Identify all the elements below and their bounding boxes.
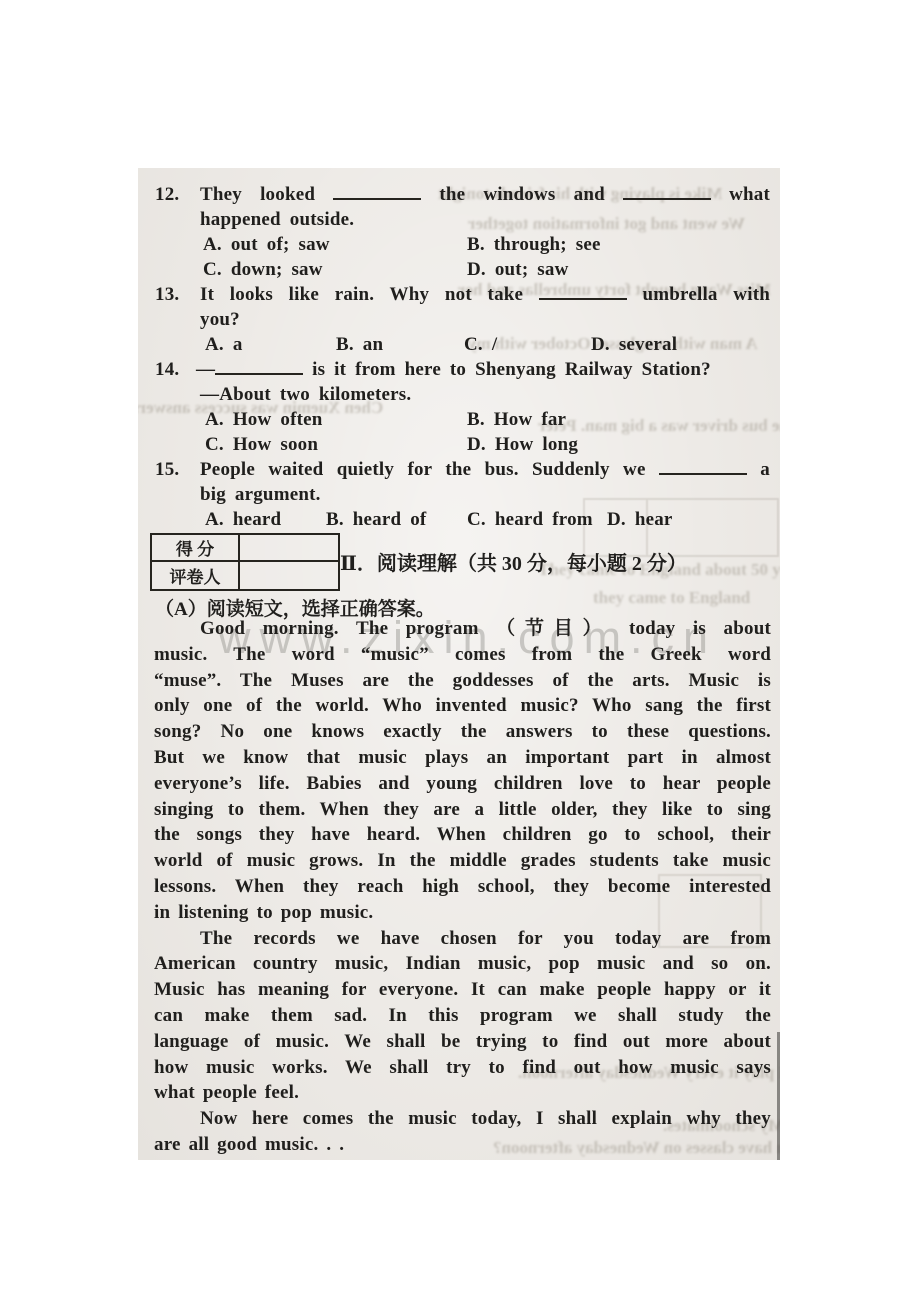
passage-line: Good morning. The program （节目） today is … xyxy=(154,616,771,641)
question-15-option-c: C. heard from xyxy=(467,507,593,532)
question-13-option-c: C. / xyxy=(464,332,497,357)
question-15-line-2: big argument. xyxy=(200,482,321,507)
question-14-option-b: B. How far xyxy=(467,407,566,432)
passage-line: “muse”. The Muses are the goddesses of t… xyxy=(154,668,771,693)
question-12-option-b: B. through; see xyxy=(467,232,601,257)
section-heading: Ⅱ．阅读理解（共 30 分，每小题 2 分） xyxy=(340,547,687,576)
passage-line: world of music grows. In the middle grad… xyxy=(154,848,771,873)
bleedthrough-text: We went and got information together xyxy=(468,214,745,234)
passage-line: in listening to pop music. xyxy=(154,900,771,925)
question-14-line-2: —About two kilometers. xyxy=(200,382,411,407)
question-14-option-d: D. How long xyxy=(467,432,578,457)
answer-blank xyxy=(659,458,747,475)
passage-line: the songs they have heard. When children… xyxy=(154,822,771,847)
passage-line: everyone’s life. Babies and young childr… xyxy=(154,771,771,796)
passage-line: American country music, Indian music, po… xyxy=(154,951,771,976)
question-13-option-a: A. a xyxy=(205,332,243,357)
grader-cell xyxy=(240,562,338,589)
passage-line: lessons. When they reach high school, th… xyxy=(154,874,771,899)
question-12-line-2: happened outside. xyxy=(200,207,354,232)
passage-line: language of music. We shall be trying to… xyxy=(154,1029,771,1054)
scan-edge-artifact xyxy=(777,1032,780,1160)
bleedthrough-text: they came to England xyxy=(593,588,750,608)
passage-line: The records we have chosen for you today… xyxy=(154,926,771,951)
question-12-option-c: C. down; saw xyxy=(203,257,323,282)
question-13-line-2: you? xyxy=(200,307,240,332)
passage-line: can make them sad. In this program we sh… xyxy=(154,1003,771,1028)
passage-line: what people feel. xyxy=(154,1080,771,1105)
answer-blank xyxy=(215,358,303,375)
question-15-option-a: A. heard xyxy=(205,507,281,532)
question-12-option-a: A. out of; saw xyxy=(203,232,330,257)
passage-line: how music works. We shall try to find ou… xyxy=(154,1055,771,1080)
passage-line: Music has meaning for everyone. It can m… xyxy=(154,977,771,1002)
passage-line: But we know that music plays an importan… xyxy=(154,745,771,770)
question-12-option-d: D. out; saw xyxy=(467,257,569,282)
question-12-line-1: They looked the windows and what xyxy=(200,182,770,207)
score-label: 得 分 xyxy=(152,535,240,560)
question-15-line-1: People waited quietly for the bus. Sudde… xyxy=(200,457,770,482)
question-15-number: 15. xyxy=(155,457,179,482)
score-box: 得 分 评卷人 xyxy=(150,533,340,591)
passage-line: song? No one knows exactly the answers t… xyxy=(154,719,771,744)
scanned-test-page: www.zixin.com.cn Mike is playing with hi… xyxy=(138,168,780,1160)
question-14-option-c: C. How soon xyxy=(205,432,318,457)
passage-line: only one of the world. Who invented musi… xyxy=(154,693,771,718)
question-14-option-a: A. How often xyxy=(205,407,323,432)
answer-blank xyxy=(333,183,421,200)
question-13-line-1: It looks like rain. Why not take umbrell… xyxy=(200,282,770,307)
question-14-number: 14. xyxy=(155,357,179,382)
passage-line: music. The word “music” comes from the G… xyxy=(154,642,771,667)
score-cell xyxy=(240,535,338,560)
question-14-line-1: — is it from here to Shenyang Railway St… xyxy=(196,357,711,382)
answer-blank xyxy=(539,283,627,300)
question-13-number: 13. xyxy=(155,282,179,307)
grader-label: 评卷人 xyxy=(152,562,240,589)
question-13-option-d: D. several xyxy=(591,332,677,357)
answer-blank xyxy=(623,183,711,200)
question-15-option-b: B. heard of xyxy=(326,507,426,532)
question-13-option-b: B. an xyxy=(336,332,383,357)
passage-line: are all good music. . . xyxy=(154,1132,771,1157)
question-15-option-d: D. hear xyxy=(607,507,673,532)
passage-line: singing to them. When they are a little … xyxy=(154,797,771,822)
question-12-number: 12. xyxy=(155,182,179,207)
passage-line: Now here comes the music today, I shall … xyxy=(154,1106,771,1131)
